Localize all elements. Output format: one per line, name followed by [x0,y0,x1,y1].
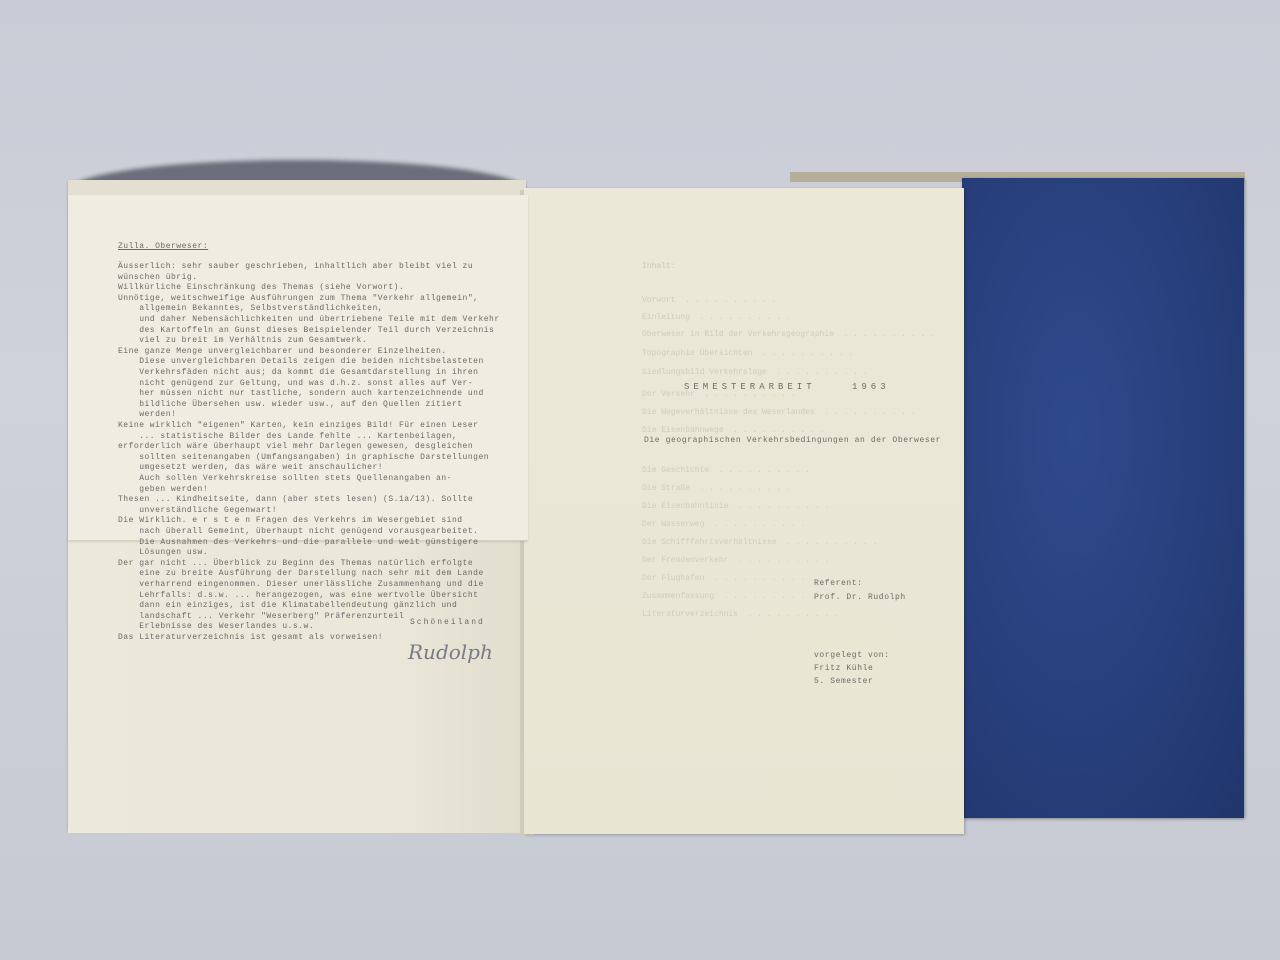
assessment-line: Äusserlich: sehr sauber geschrieben, inh… [118,262,473,273]
assessment-line: Lösungen usw. [118,548,208,559]
assessment-line: Verkehrsfäden nicht aus; da kommt die Ge… [118,368,478,379]
assessment-line: geben werden! [118,485,208,496]
show-through-toc-line: Die Eisenbahnlinie . . . . . . . . . . [642,502,829,511]
assessment-line: umgesetzt werden, das wäre weit anschaul… [118,463,383,474]
show-through-heading: Inhalt: [642,262,676,271]
assessment-line: Der gar nicht ... Überblick zu Beginn de… [118,559,473,570]
assessment-line: eine zu breite Ausführung der Darstellun… [118,569,484,580]
assessment-line: dann ein einziges, ist die Klimatabellen… [118,601,457,612]
show-through-toc-line: Die Schifffahrtsverhältnisse . . . . . .… [642,538,877,547]
assessment-line: allgemein Bekanntes, Selbstverständlichk… [118,304,383,315]
assessment-line: werden! [118,410,176,421]
assessment-line: ... statistische Bilder des Lande fehlte… [118,432,457,443]
show-through-toc-line: Die Wegeverhältnisse des Weserlandes . .… [642,408,916,417]
assessment-line: Die Wirklich. e r s t e n Fragen des Ver… [118,516,463,527]
referent-name: Prof. Dr. Rudolph [814,593,906,602]
assessment-line: Thesen ... Kindheitseite, dann (aber ste… [118,495,473,506]
show-through-toc-line: Die Eisenbahnwege . . . . . . . . . . [642,426,824,435]
document-type: SEMESTERARBEIT [684,382,816,392]
assessment-line: nicht genügend zur Geltung, und was d.h.… [118,379,473,390]
assessment-line: des Kartoffeln an Gunst dieses Beispiele… [118,326,494,337]
assessment-line: nach überall Gemeint, überhaupt nicht ge… [118,527,478,538]
document-year: 1963 [852,382,890,392]
show-through-toc-line: Oberweser in Bild der Verkehrsgeographie… [642,330,935,339]
referent-label: Referent: [814,579,863,588]
assessment-line: Die Ausnahmen des Verkehrs und die paral… [118,538,478,549]
assessment-line: Willkürliche Einschränkung des Themas (s… [118,283,404,294]
show-through-toc-line: Zusammenfassung . . . . . . . . . . [642,592,815,601]
show-through-toc-line: Vorwort . . . . . . . . . . [642,296,776,305]
assessment-line: Erlebnisse des Weserlandes u.s.w. [118,622,314,633]
assessment-line: Keine wirklich "eigenen" Karten, kein ei… [118,421,478,432]
signature: Rudolph [408,640,493,664]
assessment-line: erforderlich wäre überhaupt viel mehr Da… [118,442,473,453]
assessment-line: Das Literaturverzeichnis ist gesamt als … [118,633,383,644]
author-name: Fritz Kühle [814,664,873,673]
assessment-line: wünschen übrig. [118,273,198,284]
show-through-toc-line: Der Wasserweg . . . . . . . . . . [642,520,805,529]
show-through-toc-line: Einleitung . . . . . . . . . . [642,313,791,322]
assessment-line: Eine ganze Menge unvergleichbarer und be… [118,347,447,358]
show-through-toc-line: Die Geschichte . . . . . . . . . . [642,466,810,475]
show-through-toc-line: Siedlungsbild Verkehrslage . . . . . . .… [642,368,868,377]
assessment-line: Unnötige, weitschweifige Ausführungen zu… [118,294,478,305]
show-through-toc-line: Topographie Übersichten . . . . . . . . … [642,349,853,358]
assessment-line: unverständliche Gegenwart! [118,506,277,517]
semester: 5. Semester [814,677,873,686]
assessment-heading: Zulla. Oberweser: [118,242,208,253]
assessment-line: her müssen nicht nur tastliche, sondern … [118,389,484,400]
assessment-line: viel zu breit im Verhältnis zum Gesamtwe… [118,336,367,347]
assessment-line: Auch sollen Verkehrskreise sollten stets… [118,474,452,485]
show-through-toc-line: Der Flughafen . . . . . . . . . . [642,574,805,583]
assessment-line: und daher Nebensächlichkeiten und übertr… [118,315,500,326]
show-through-toc-line: Literaturverzeichnis . . . . . . . . . . [642,610,839,619]
right-page [524,188,964,834]
assessment-line: landschaft ... Verkehr "Weserberg" Präfe… [118,612,404,623]
assessment-line: Lehrfalls: d.s.w. ... herangezogen, was … [118,591,478,602]
show-through-toc-line: Der Fremdenverkehr . . . . . . . . . . [642,556,829,565]
assessment-line: verharrend eingenommen. Dieser unerlässl… [118,580,484,591]
assessment-line: sollten seitenangaben (Umfangsangaben) i… [118,453,489,464]
show-through-toc-line: Die Straße . . . . . . . . . . [642,484,791,493]
assessment-line: Diese unvergleichbaren Details zeigen di… [118,357,484,368]
assessment-line: bildliche Übersehen usw. wieder usw., au… [118,400,463,411]
blue-cover [962,178,1244,818]
assessment-closing: Schöneiland [410,618,485,629]
document-title: Die geographischen Verkehrsbedingungen a… [644,436,941,445]
submitted-label: vorgelegt von: [814,651,890,660]
